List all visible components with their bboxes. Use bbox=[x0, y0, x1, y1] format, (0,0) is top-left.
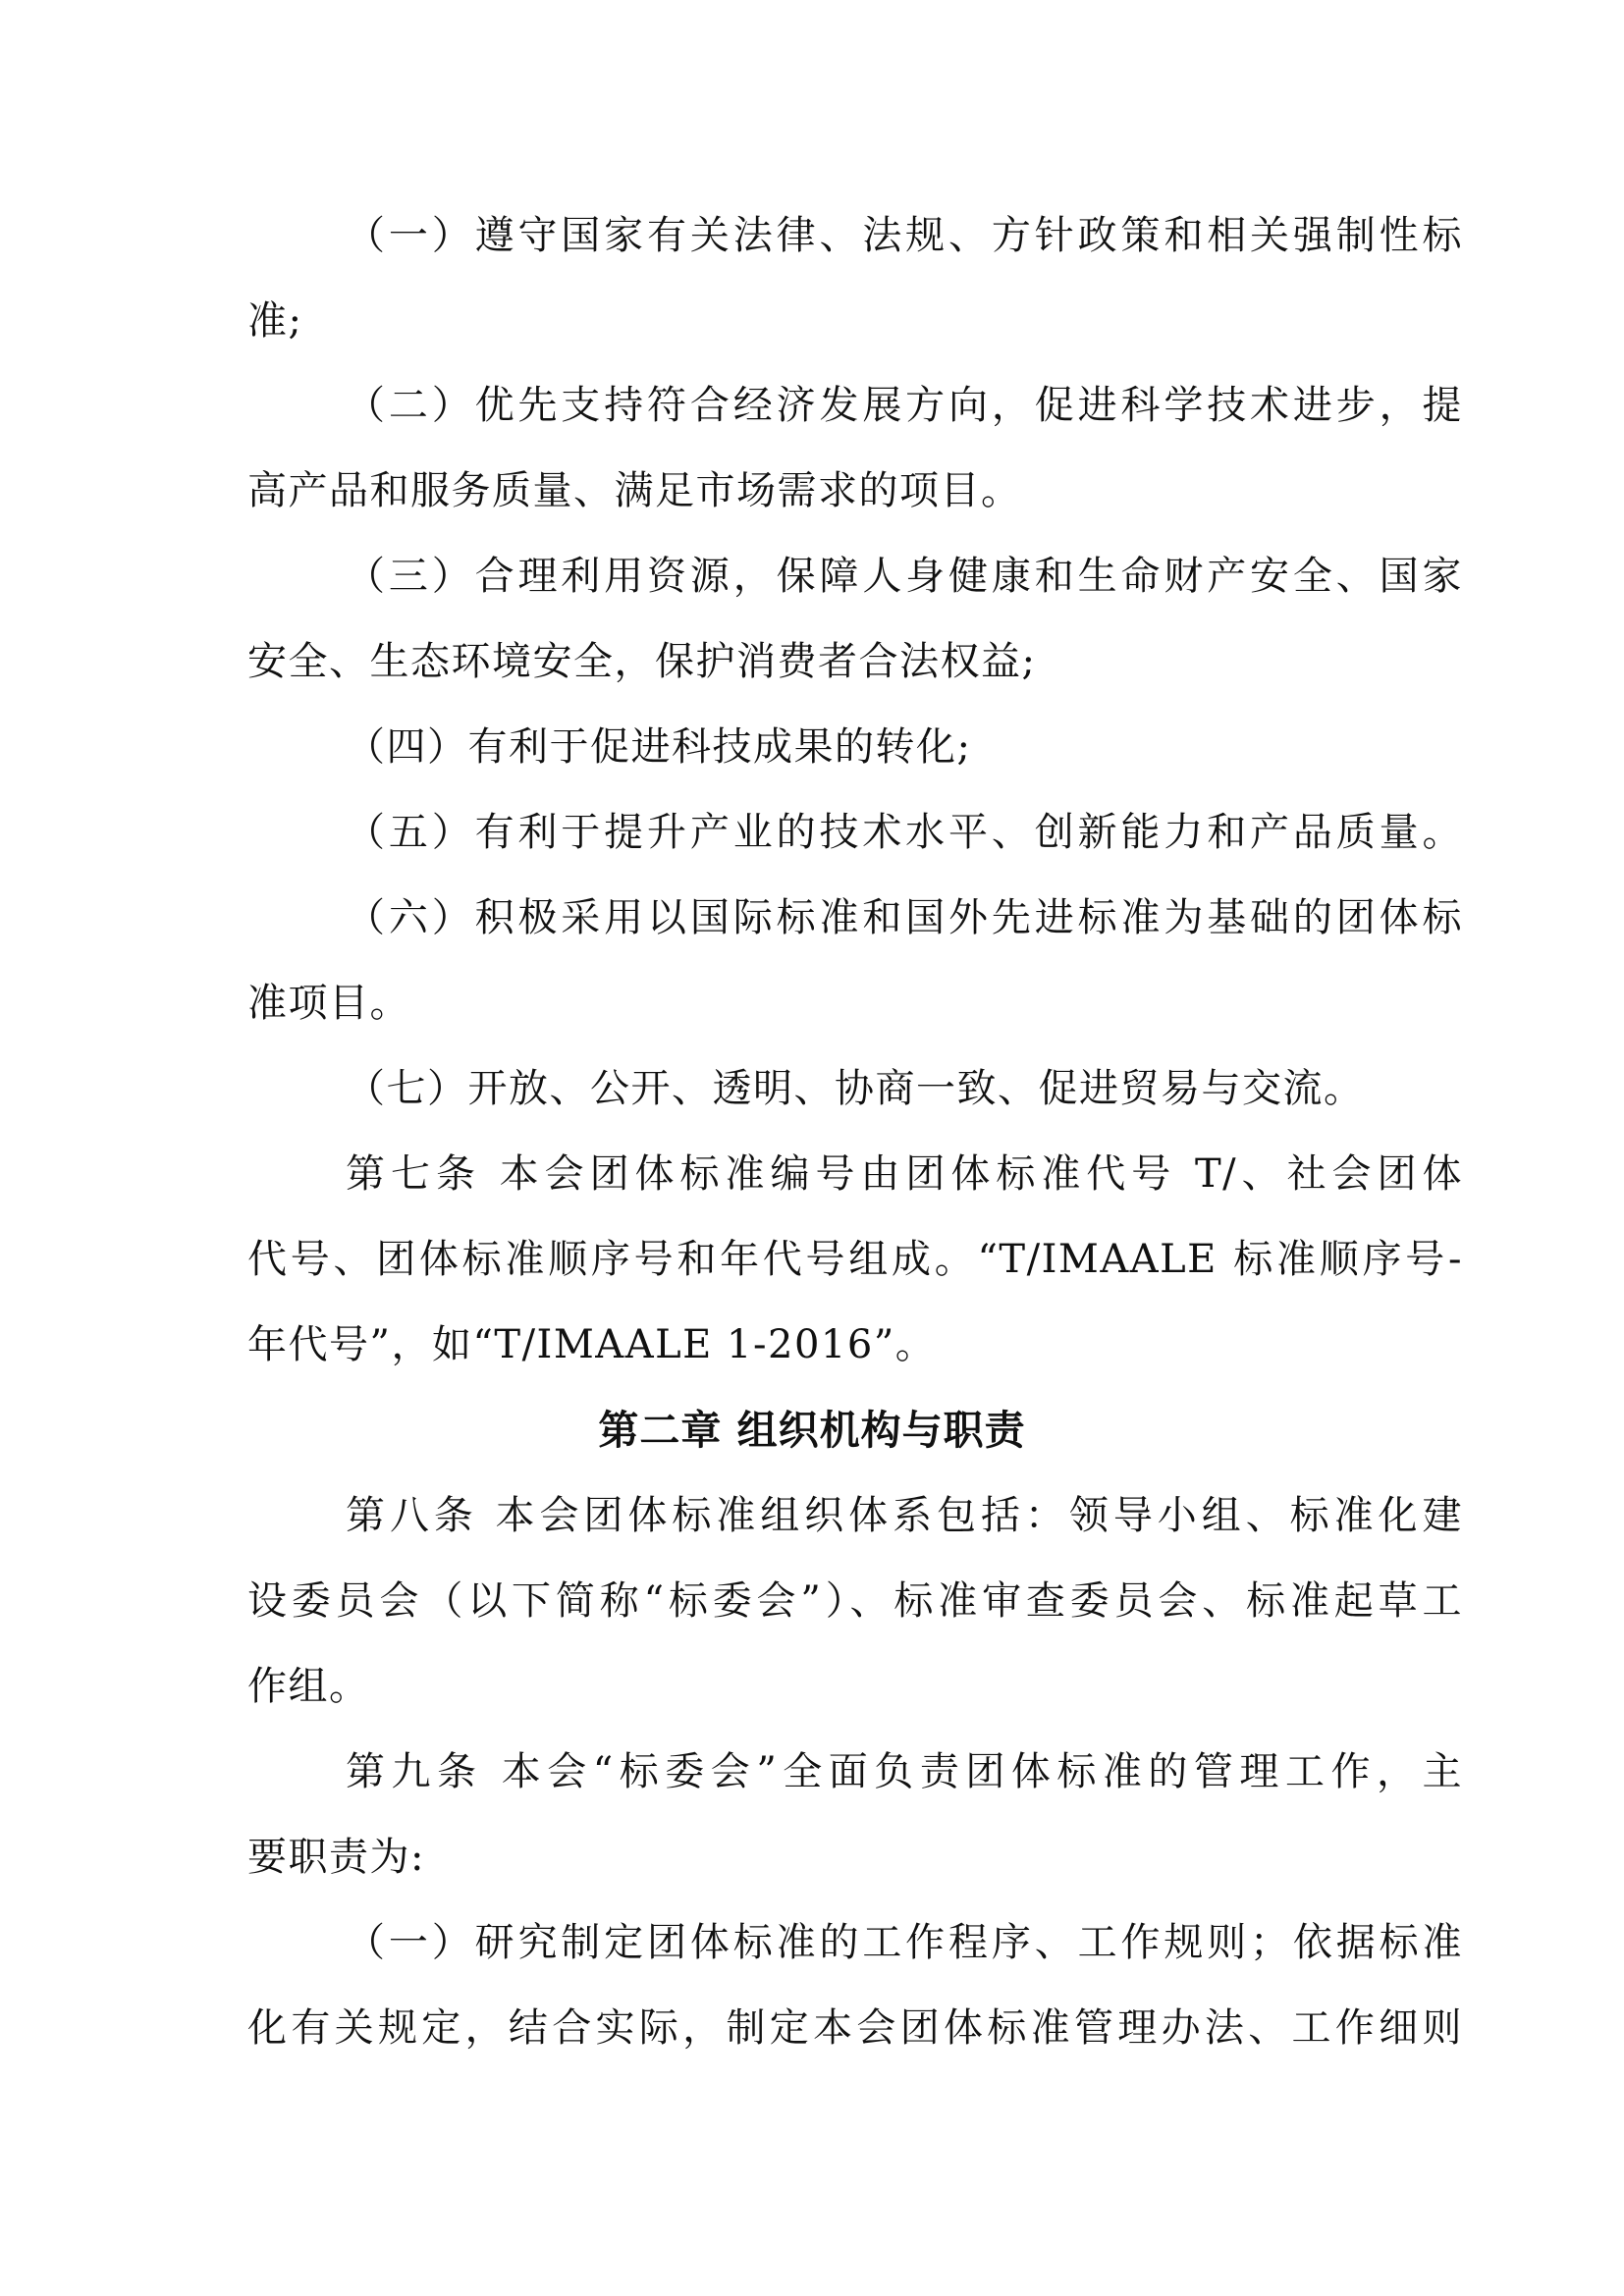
paragraph-line-2: 准; bbox=[247, 297, 1465, 345]
article-9-line-1: 第九条 本会“标委会”全面负责团体标准的管理工作，主 bbox=[346, 1748, 1463, 1795]
paragraph-line-1: （一）遵守国家有关法律、法规、方针政策和相关强制性标 bbox=[346, 212, 1463, 259]
article-7-line-2: 代号、团体标准顺序号和年代号组成。“T/IMAALE 标准顺序号- bbox=[247, 1236, 1463, 1283]
document-page: （一）遵守国家有关法律、法规、方针政策和相关强制性标 准; （二）优先支持符合经… bbox=[0, 0, 1624, 2296]
paragraph-line-9: （六）积极采用以国际标准和国外先进标准为基础的团体标 bbox=[346, 894, 1463, 941]
article-8-line-3: 作组。 bbox=[247, 1663, 1465, 1710]
article-8-line-1: 第八条 本会团体标准组织体系包括：领导小组、标准化建 bbox=[346, 1492, 1463, 1539]
article-9-line-2: 要职责为: bbox=[247, 1834, 1465, 1881]
article-9-item-1-line-2: 化有关规定，结合实际，制定本会团体标准管理办法、工作细则 bbox=[247, 2004, 1463, 2052]
paragraph-line-7: （四）有利于促进科技成果的转化; bbox=[346, 723, 1563, 771]
paragraph-line-3: （二）优先支持符合经济发展方向，促进科学技术进步，提 bbox=[346, 382, 1463, 429]
article-8-line-2: 设委员会（以下简称“标委会”）、标准审查委员会、标准起草工 bbox=[247, 1577, 1463, 1625]
paragraph-line-4: 高产品和服务质量、满足市场需求的项目。 bbox=[247, 467, 1465, 514]
paragraph-line-8: （五）有利于提升产业的技术水平、创新能力和产品质量。 bbox=[346, 809, 1463, 856]
paragraph-line-10: 准项目。 bbox=[247, 980, 1465, 1027]
article-9-item-1-line-1: （一）研究制定团体标准的工作程序、工作规则；依据标准 bbox=[346, 1919, 1463, 1966]
paragraph-line-6: 安全、生态环境安全，保护消费者合法权益; bbox=[247, 638, 1465, 685]
chapter-heading: 第二章 组织机构与职责 bbox=[0, 1407, 1624, 1454]
paragraph-line-11: （七）开放、公开、透明、协商一致、促进贸易与交流。 bbox=[346, 1065, 1563, 1112]
article-7-line-1: 第七条 本会团体标准编号由团体标准代号 T/、社会团体 bbox=[346, 1150, 1463, 1198]
paragraph-line-5: （三）合理利用资源，保障人身健康和生命财产安全、国家 bbox=[346, 553, 1463, 600]
article-7-line-3: 年代号”，如“T/IMAALE 1-2016”。 bbox=[247, 1321, 1465, 1368]
